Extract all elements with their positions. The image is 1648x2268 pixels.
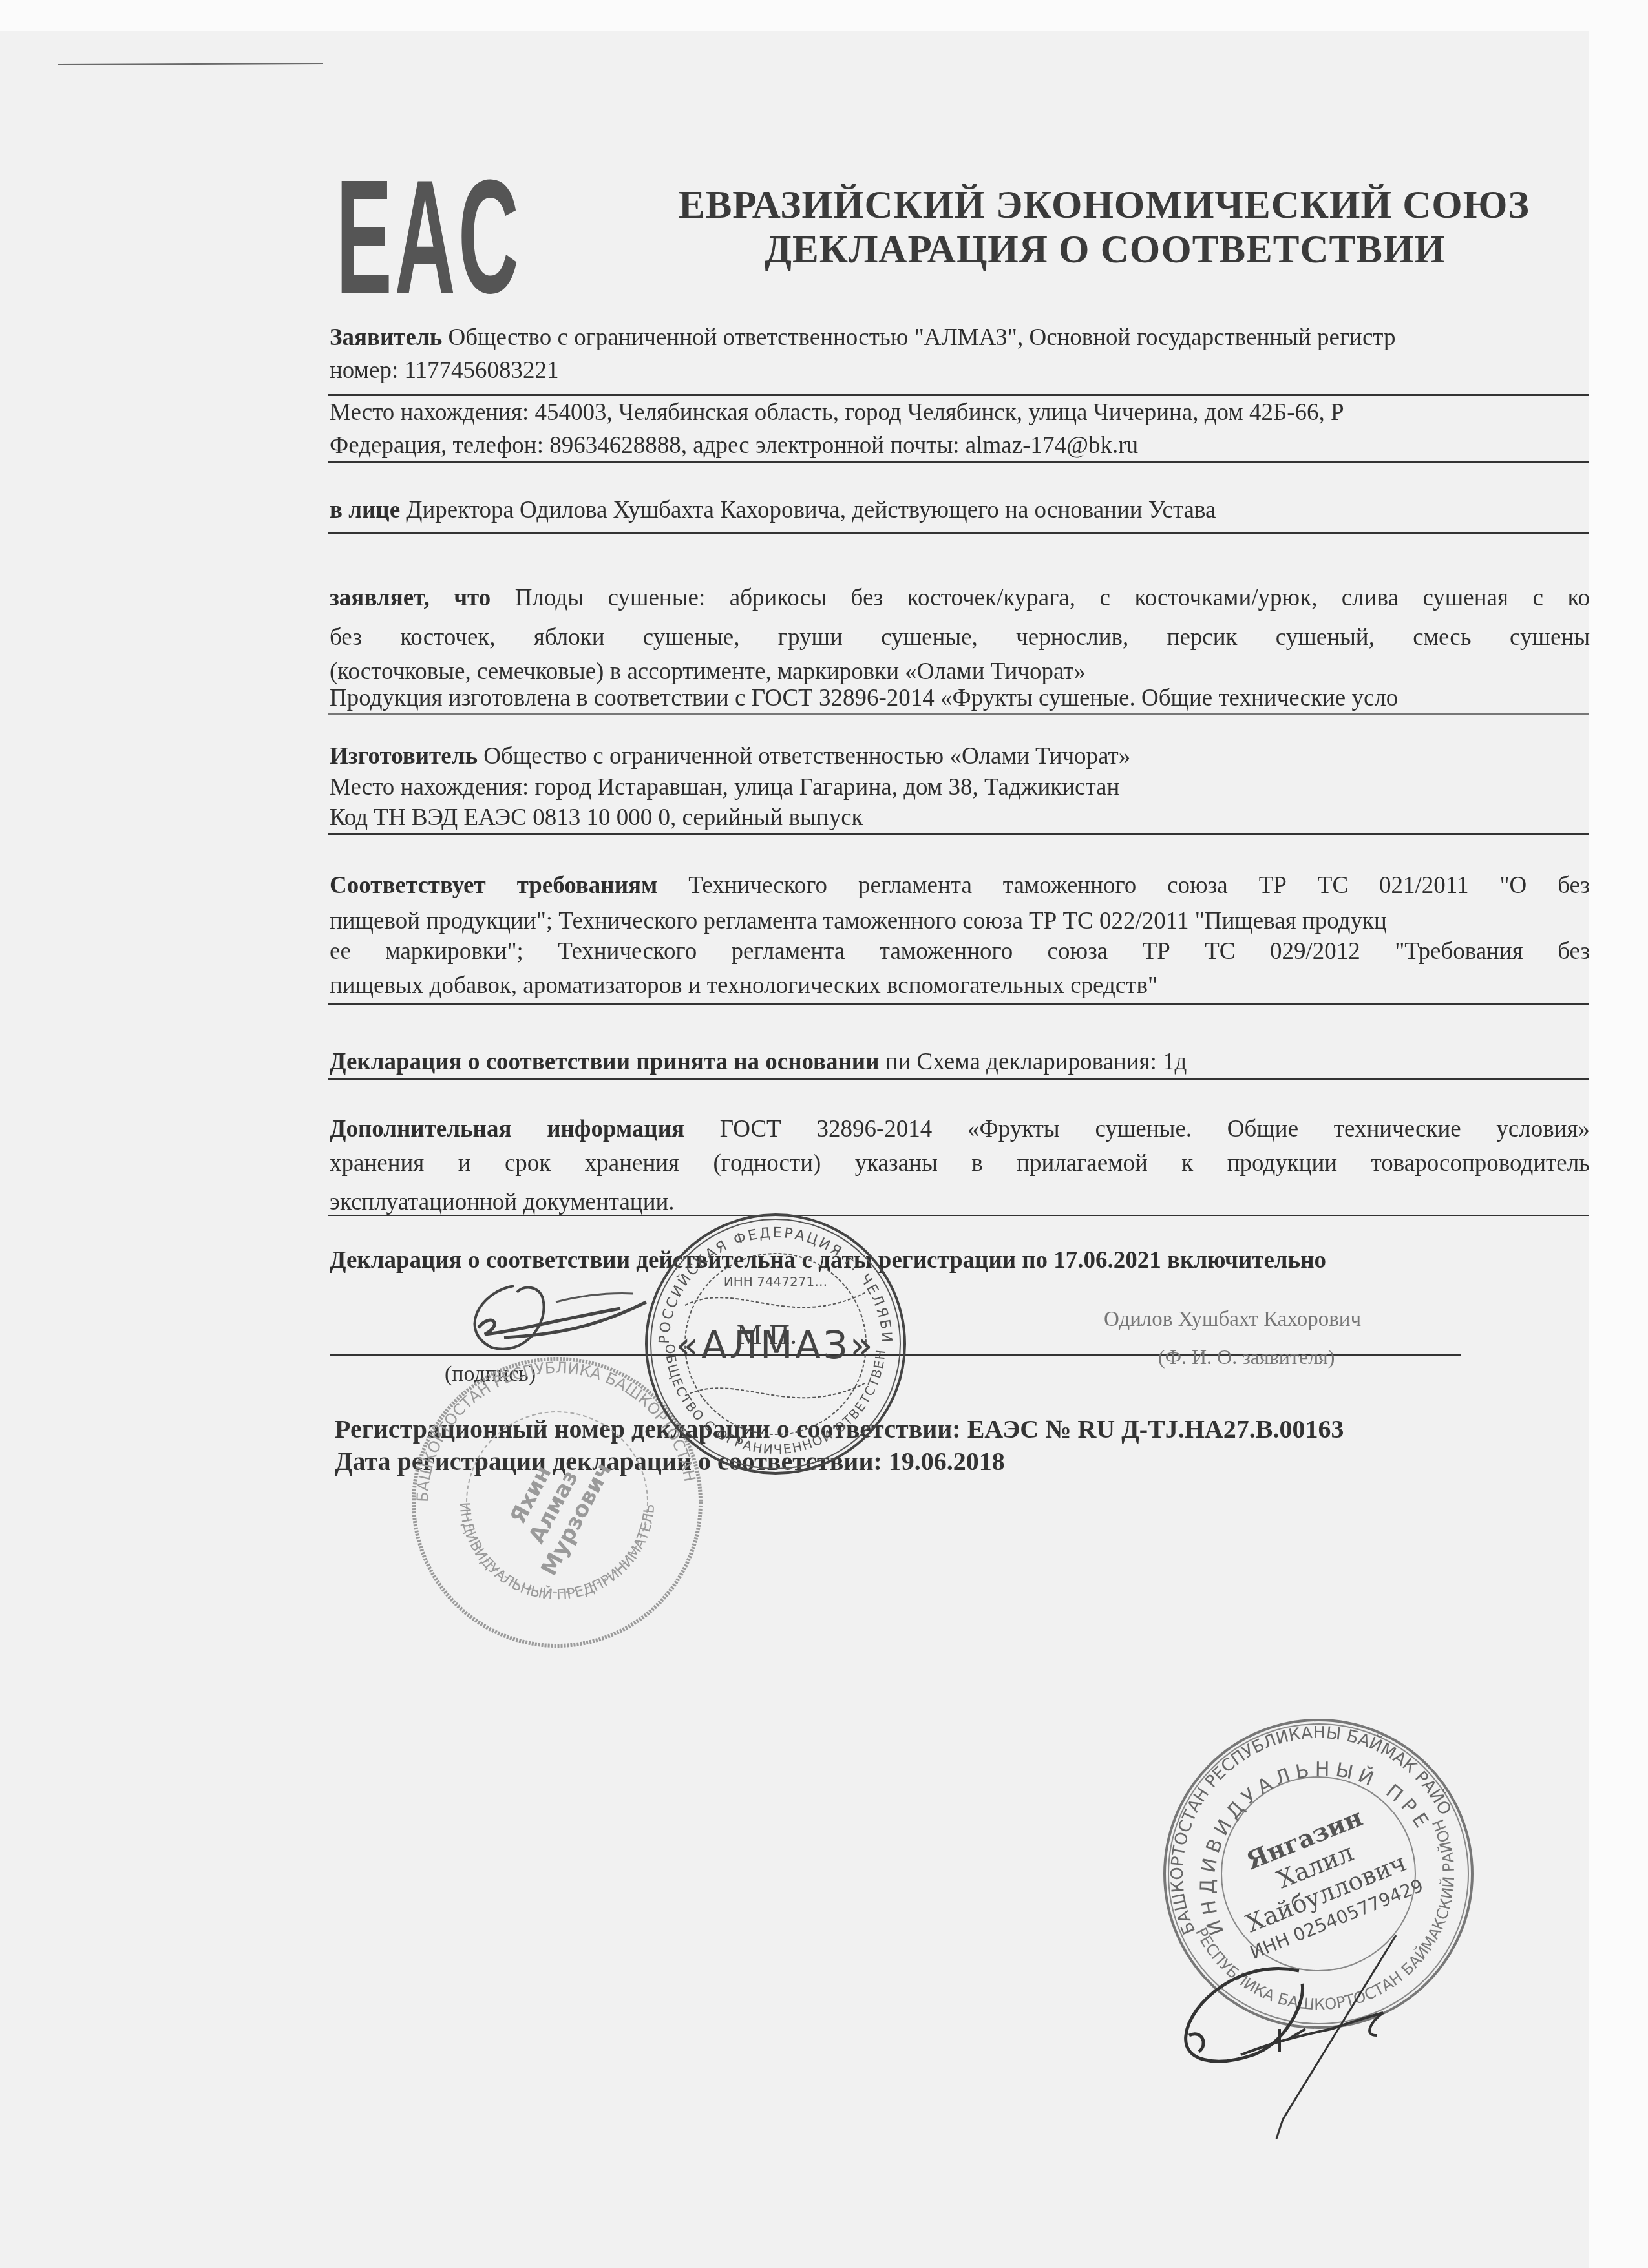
conformity-text: Технического регламента таможенного союз… [657,872,1590,899]
seal-graphic: РОССИЙСКАЯ ФЕДЕРАЦИЯ г. ЧЕЛЯБИНСК ОБЩЕСТ… [640,1208,911,1480]
svg-text:РОССИЙСКАЯ ФЕДЕРАЦИЯ г. ЧЕЛЯБИ: РОССИЙСКАЯ ФЕДЕРАЦИЯ г. ЧЕЛЯБИНСК [633,1196,894,1345]
rule [328,1078,1589,1080]
declares-label: заявляет, что [330,585,491,611]
conformity-line-2: пищевой продукции"; Технического регламе… [330,905,1590,938]
eac-logo: EAC [336,176,407,299]
seal-ring-top: РОССИЙСКАЯ ФЕДЕРАЦИЯ г. ЧЕЛЯБИНСК [633,1196,894,1345]
declares-text: Плоды сушеные: абрикосы без косточек/кур… [491,585,1590,611]
rule [328,532,1589,534]
conformity-line-4: пищевых добавок, ароматизаторов и технол… [330,969,1590,1003]
additional-line-1: Дополнительная информация ГОСТ 32896-201… [330,1113,1590,1146]
applicant-text: Общество с ограниченной ответственностью… [442,324,1395,351]
rule [328,461,1589,463]
declares-line-2: без косточек, яблоки сушеные, груши суше… [330,621,1590,655]
almaz-seal: РОССИЙСКАЯ ФЕДЕРАЦИЯ г. ЧЕЛЯБИНСК ОБЩЕСТ… [640,1208,911,1480]
applicant-ogrn: номер: 1177456083221 [330,354,1590,388]
applicant-signature [452,1273,666,1357]
basis-label: Декларация о соответствии принята на осн… [330,1049,880,1075]
conformity-line-3: ее маркировки"; Технического регламента … [330,935,1590,969]
union-title: ЕВРАЗИЙСКИЙ ЭКОНОМИЧЕСКИЙ СОЮЗ [679,183,1530,228]
manufacturer-label: Изготовитель [330,743,478,770]
rule [328,1215,1589,1216]
applicant-address: Место нахождения: 454003, Челябинская об… [330,396,1590,430]
representative-label: в лице [330,497,400,523]
applicant-label: Заявитель [330,324,442,351]
additional-line-2: хранения и срок хранения (годности) указ… [330,1147,1590,1181]
validity-date: 17.06.2021 включительно [1048,1247,1326,1274]
declares-line-1: заявляет, что Плоды сушеные: абрикосы бе… [330,582,1590,615]
applicant-caption: (Ф. И. О. заявителя) [1158,1345,1335,1369]
entrepreneur-signature [1163,1926,1435,2171]
seal-center: «АЛМАЗ» [675,1323,875,1367]
rule [328,833,1589,835]
rule [328,1003,1589,1005]
manufacturer-line: Изготовитель Общество с ограниченной отв… [330,740,1590,773]
conformity-label: Соответствует требованиям [330,872,657,899]
document-title: ДЕКЛАРАЦИЯ О СООТВЕТСТВИИ [765,227,1446,273]
manufacturer-address: Место нахождения: город Истаравшан, улиц… [330,771,1590,804]
applicant-line-1: Заявитель Общество с ограниченной ответс… [330,321,1590,355]
seal-inn: ИНН 7447271… [724,1274,827,1289]
applicant-contacts: Федерация, телефон: 89634628888, адрес э… [330,429,1590,463]
applicant-name: Одилов Хушбахт Кахорович [1104,1308,1361,1332]
manufacturer-text: Общество с ограниченной ответственностью… [478,743,1130,770]
conformity-line-1: Соответствует требованиям Технического р… [330,869,1590,903]
rule [328,713,1589,715]
basis-line: Декларация о соответствии принята на осн… [330,1045,1590,1079]
registration-number: ЕАЭС № RU Д-TJ.НА27.В.00163 [961,1414,1344,1444]
representative-text: Директора Одилова Хушбахта Кахоровича, д… [400,497,1216,523]
declares-gost: Продукция изготовлена в соответствии с Г… [330,682,1590,715]
basis-text: пи Схема декларирования: 1д [880,1049,1187,1075]
hs-code: Код ТН ВЭД ЕАЭС 0813 10 000 0, серийный … [330,801,1590,835]
representative-line: в лице Директора Одилова Хушбахта Кахоро… [330,494,1590,527]
additional-text: ГОСТ 32896-2014 «Фрукты сушеные. Общие т… [684,1116,1590,1142]
additional-label: Дополнительная информация [330,1116,684,1142]
